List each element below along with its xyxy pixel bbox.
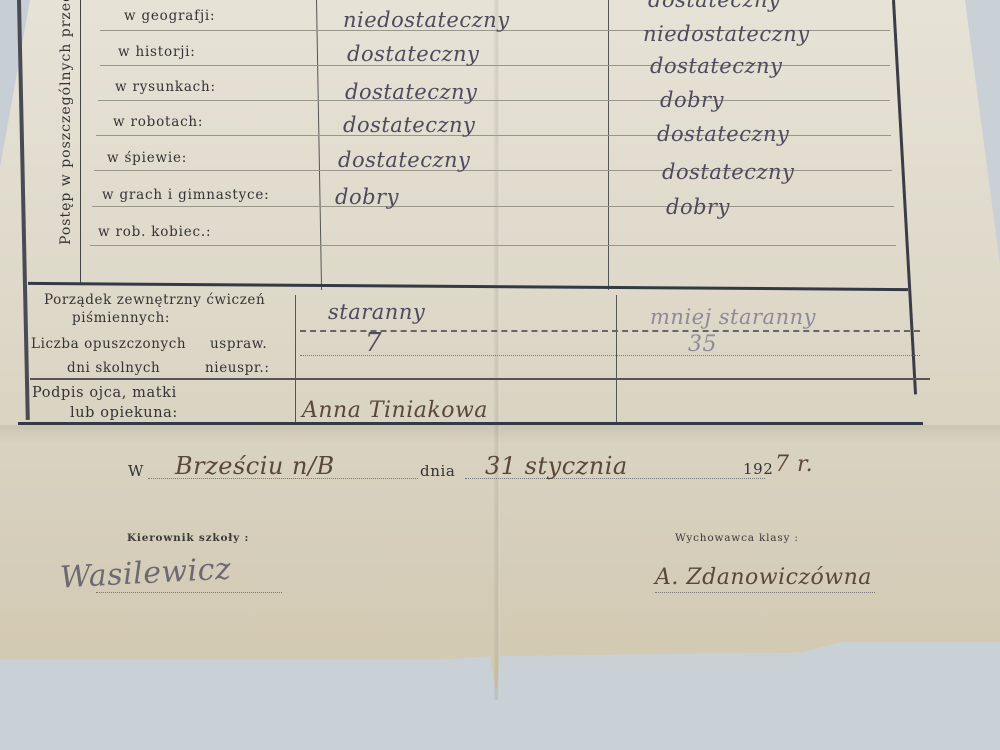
absences-unjustified-label: nieuspr.: — [205, 360, 269, 376]
subject-label: w historji: — [118, 44, 196, 60]
grade-history-1: dostateczny — [347, 42, 479, 66]
parent-signature-label: Podpis ojca, matki — [32, 385, 177, 401]
grade-history-2: dostateczny — [650, 54, 782, 78]
column-divider-lower-2 — [616, 295, 617, 425]
section-divider — [80, 0, 81, 285]
grade-prev-2: dostateczny — [648, 0, 780, 12]
subject-label: w rysunkach: — [115, 79, 216, 95]
dotted-rule — [96, 592, 282, 593]
grade-geography-2: niedostateczny — [643, 22, 810, 46]
teacher-label: Wychowawca klasy : — [675, 532, 799, 544]
row-border — [30, 378, 930, 380]
order-value-2: mniej staranny — [650, 305, 816, 329]
grade-work-1: dostateczny — [343, 113, 475, 137]
grade-geography-1: niedostateczny — [343, 8, 510, 32]
horizontal-fold — [0, 425, 1000, 443]
row-separator — [98, 100, 890, 101]
grade-games-1: dobry — [335, 185, 399, 209]
date-label: dnia — [420, 462, 455, 480]
column-divider-2 — [608, 0, 609, 290]
subject-label: w geografji: — [124, 8, 215, 24]
section-label: Postęp w poszczególnych przed — [58, 0, 74, 245]
grade-drawing-2: dobry — [660, 88, 724, 112]
date-value: 31 stycznia — [485, 452, 628, 480]
subject-label: w śpiewie: — [107, 150, 187, 166]
grade-work-2: dostateczny — [657, 122, 789, 146]
vertical-fold — [494, 0, 500, 700]
absences-label: Liczba opuszczonych — [31, 336, 186, 352]
order-value-1: staranny — [328, 300, 425, 324]
place-value: Brześciu n/B — [175, 452, 335, 480]
absences-justified-label: uspraw. — [210, 336, 267, 352]
order-label: Porządek zewnętrzny ćwiczeń — [44, 292, 265, 308]
subject-label: w robotach: — [113, 114, 203, 130]
dashed-rule — [300, 330, 920, 332]
parent-signature: Anna Tiniakowa — [302, 398, 488, 423]
column-divider-lower-1 — [295, 295, 296, 425]
place-prefix: W — [128, 462, 144, 480]
principal-label: Kierownik szkoły : — [127, 532, 249, 544]
year-prefix: 192 — [743, 460, 773, 478]
grade-singing-2: dostateczny — [662, 160, 794, 184]
year-suffix: 7 r. — [775, 452, 813, 477]
subject-label: w rob. kobiec.: — [98, 224, 211, 240]
grade-singing-1: dostateczny — [338, 148, 470, 172]
dotted-rule — [300, 355, 920, 356]
absences-value-2: 35 — [688, 332, 717, 357]
parent-signature-label-2: lub opiekuna: — [70, 405, 178, 421]
absences-value-1: 7 — [365, 328, 382, 358]
subject-label: w grach i gimnastyce: — [102, 187, 270, 203]
absences-label-2: dni skolnych — [67, 360, 160, 376]
dotted-rule — [655, 592, 875, 593]
grade-games-2: dobry — [666, 195, 730, 219]
order-label-2: piśmiennych: — [72, 310, 170, 326]
row-separator — [90, 245, 896, 246]
teacher-signature: A. Zdanowiczówna — [655, 565, 872, 590]
row-separator — [92, 206, 894, 207]
grade-drawing-1: dostateczny — [345, 80, 477, 104]
